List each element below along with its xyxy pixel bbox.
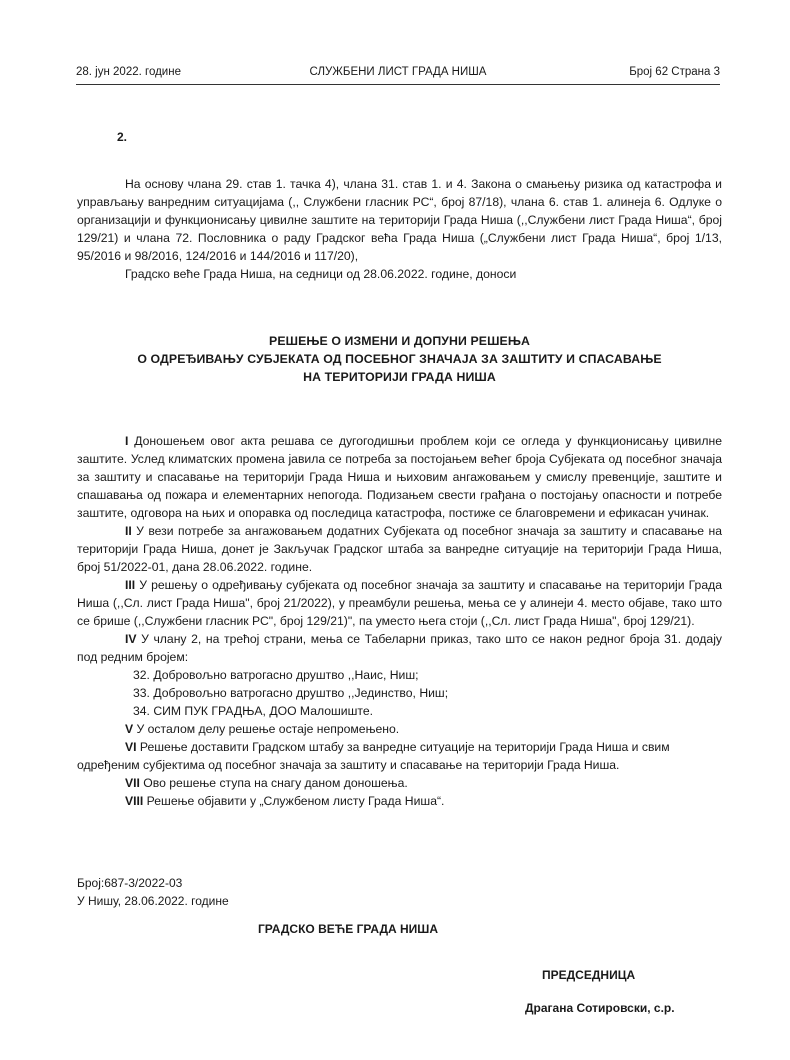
article-6: VI Решење доставити Градском штабу за ва… xyxy=(77,738,722,774)
article-numeral: VIII xyxy=(125,794,143,808)
article-3: III У решењу о одређивању субјеката од п… xyxy=(77,576,722,630)
signoff: Број:687-3/2022-03 У Нишу, 28.06.2022. г… xyxy=(77,874,229,910)
page-header: 28. јун 2022. године СЛУЖБЕНИ ЛИСТ ГРАДА… xyxy=(76,66,720,82)
article-numeral: III xyxy=(125,578,135,592)
article-text: Доношењем овог акта решава се дугогодишњ… xyxy=(77,434,722,520)
place-date: У Нишу, 28.06.2022. године xyxy=(77,892,229,910)
section-number: 2. xyxy=(117,130,127,144)
document-number: Број:687-3/2022-03 xyxy=(77,874,229,892)
header-divider xyxy=(76,84,720,85)
preamble-enacting: Градско веће Града Ниша, на седници од 2… xyxy=(77,265,722,283)
article-numeral: VII xyxy=(125,776,140,790)
header-publication: СЛУЖБЕНИ ЛИСТ ГРАДА НИША xyxy=(76,66,720,78)
article-4: IV У члану 2, на трећој страни, мења се … xyxy=(77,630,722,666)
article-text: У вези потребе за ангажовањем додатних С… xyxy=(77,524,722,574)
article-text: Решење објавити у „Службеном листу Града… xyxy=(143,794,444,808)
article-text: Решење доставити Градском штабу за ванре… xyxy=(77,740,670,772)
decision-title: РЕШЕЊЕ О ИЗМЕНИ И ДОПУНИ РЕШЕЊА О ОДРЕЂИ… xyxy=(77,332,722,386)
article-5: V У осталом делу решење остаје непромење… xyxy=(77,720,722,738)
articles: I Доношењем овог акта решава се дугогоди… xyxy=(77,432,722,810)
title-line-2: О ОДРЕЂИВАЊУ СУБЈЕКАТА ОД ПОСЕБНОГ ЗНАЧА… xyxy=(77,350,722,368)
article-text: Ово решење ступа на снагу даном доношења… xyxy=(140,776,408,790)
list-item: 34. СИМ ПУК ГРАДЊА, ДОО Малошиште. xyxy=(77,702,722,720)
document-page: 28. јун 2022. године СЛУЖБЕНИ ЛИСТ ГРАДА… xyxy=(0,0,790,1060)
president-name: Драгана Сотировски, с.р. xyxy=(525,1001,675,1015)
article-text: У члану 2, на трећој страни, мења се Таб… xyxy=(77,632,722,664)
article-text: У осталом делу решење остаје непромењено… xyxy=(133,722,399,736)
preamble: На основу члана 29. став 1. тачка 4), чл… xyxy=(77,175,722,283)
article-numeral: VI xyxy=(125,740,137,754)
list-item: 33. Добровољно ватрогасно друштво ,,Једи… xyxy=(77,684,722,702)
president-title: ПРЕДСЕДНИЦА xyxy=(542,968,635,982)
title-line-1: РЕШЕЊЕ О ИЗМЕНИ И ДОПУНИ РЕШЕЊА xyxy=(77,332,722,350)
article-numeral: V xyxy=(125,722,133,736)
article-7: VII Ово решење ступа на снагу даном доно… xyxy=(77,774,722,792)
council-name: ГРАДСКО ВЕЋЕ ГРАДА НИША xyxy=(258,922,438,936)
title-line-3: НА ТЕРИТОРИЈИ ГРАДА НИША xyxy=(77,368,722,386)
header-issue-page: Број 62 Страна 3 xyxy=(629,66,720,78)
article-numeral: IV xyxy=(125,632,137,646)
article-2: II У вези потребе за ангажовањем додатни… xyxy=(77,522,722,576)
article-8: VIII Решење објавити у „Службеном листу … xyxy=(77,792,722,810)
article-numeral: II xyxy=(125,524,132,538)
preamble-legal-basis: На основу члана 29. став 1. тачка 4), чл… xyxy=(77,175,722,265)
article-1: I Доношењем овог акта решава се дугогоди… xyxy=(77,432,722,522)
list-item: 32. Добровољно ватрогасно друштво ,,Наис… xyxy=(77,666,722,684)
article-text: У решењу о одређивању субјеката од посеб… xyxy=(77,578,722,628)
